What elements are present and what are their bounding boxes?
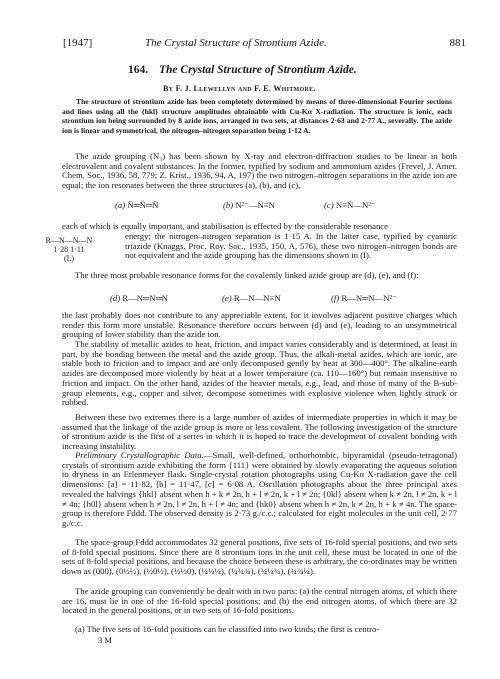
formula-a: (a) N̄═N̈═N̄: [115, 200, 158, 210]
article-number: 164.: [128, 64, 148, 76]
structure-I: R—N—N—N 1·28 1·11 (I.): [40, 236, 98, 263]
byline: By F. J. Llewellyn and F. E. Whitmore.: [163, 84, 316, 93]
abstract-text: The structure of strontium azide has bee…: [62, 97, 452, 135]
header-year: [1947]: [63, 37, 92, 49]
abstract: The structure of strontium azide has bee…: [62, 97, 452, 135]
formula-c: (c) N≡N̈—N²⁻: [324, 200, 375, 211]
article-title: 164. The Crystal Structure of Strontium …: [128, 64, 357, 76]
formula-d: (d) R—N═N═N: [110, 293, 168, 303]
header-title: The Crystal Structure of Strontium Azide…: [145, 37, 327, 49]
formula-b: (b) N²⁻—N̈≡N: [223, 200, 275, 211]
page-number: 881: [450, 37, 467, 49]
formula-e: (e) R—N—N≡N: [222, 293, 281, 303]
paragraph-8: The space-group Fddd accommodates 32 gen…: [62, 538, 457, 577]
section-heading: Preliminary Crystallographic Data.: [75, 450, 204, 460]
paragraph-5: The stability of metallic azides to heat…: [62, 340, 457, 408]
paragraph-6: Between these two extremes there is a la…: [62, 413, 457, 452]
article-title-text: The Crystal Structure of Strontium Azide…: [159, 64, 357, 76]
paragraph-7: Preliminary Crystallographic Data.—Small…: [62, 451, 457, 529]
running-header: [1947] The Crystal Structure of Strontiu…: [63, 37, 470, 51]
formulas-abc: (a) N̄═N̈═N̄ (b) N²⁻—N̈≡N (c) N≡N̈—N²⁻: [40, 200, 470, 214]
formulas-def: (d) R—N═N═N (e) R—N—N≡N (f) R—N═N—N²⁻: [40, 293, 470, 307]
formula-f: (f) R—N═N—N²⁻: [331, 293, 397, 304]
paragraph-1-text: The azide grouping (N₃) has been shown b…: [62, 152, 457, 191]
paragraph-9: The azide grouping can conveniently be d…: [62, 587, 457, 616]
paragraph-10: (a) The five sets of 16-fold positions c…: [62, 625, 457, 635]
paragraph-3: The three most probable resonance forms …: [62, 271, 457, 281]
paragraph-2-wrapped: energy; the nitrogen–nitrogen separation…: [125, 232, 457, 261]
signature-mark: 3 M: [98, 635, 112, 645]
structure-I-label: (I.): [40, 254, 98, 263]
structure-I-formula: R—N—N—N: [40, 236, 98, 245]
paragraph-1: The azide grouping (N₃) has been shown b…: [62, 152, 457, 191]
structure-I-distances: 1·28 1·11: [40, 245, 98, 254]
paragraph-4: the last probably does not contribute to…: [62, 311, 457, 340]
